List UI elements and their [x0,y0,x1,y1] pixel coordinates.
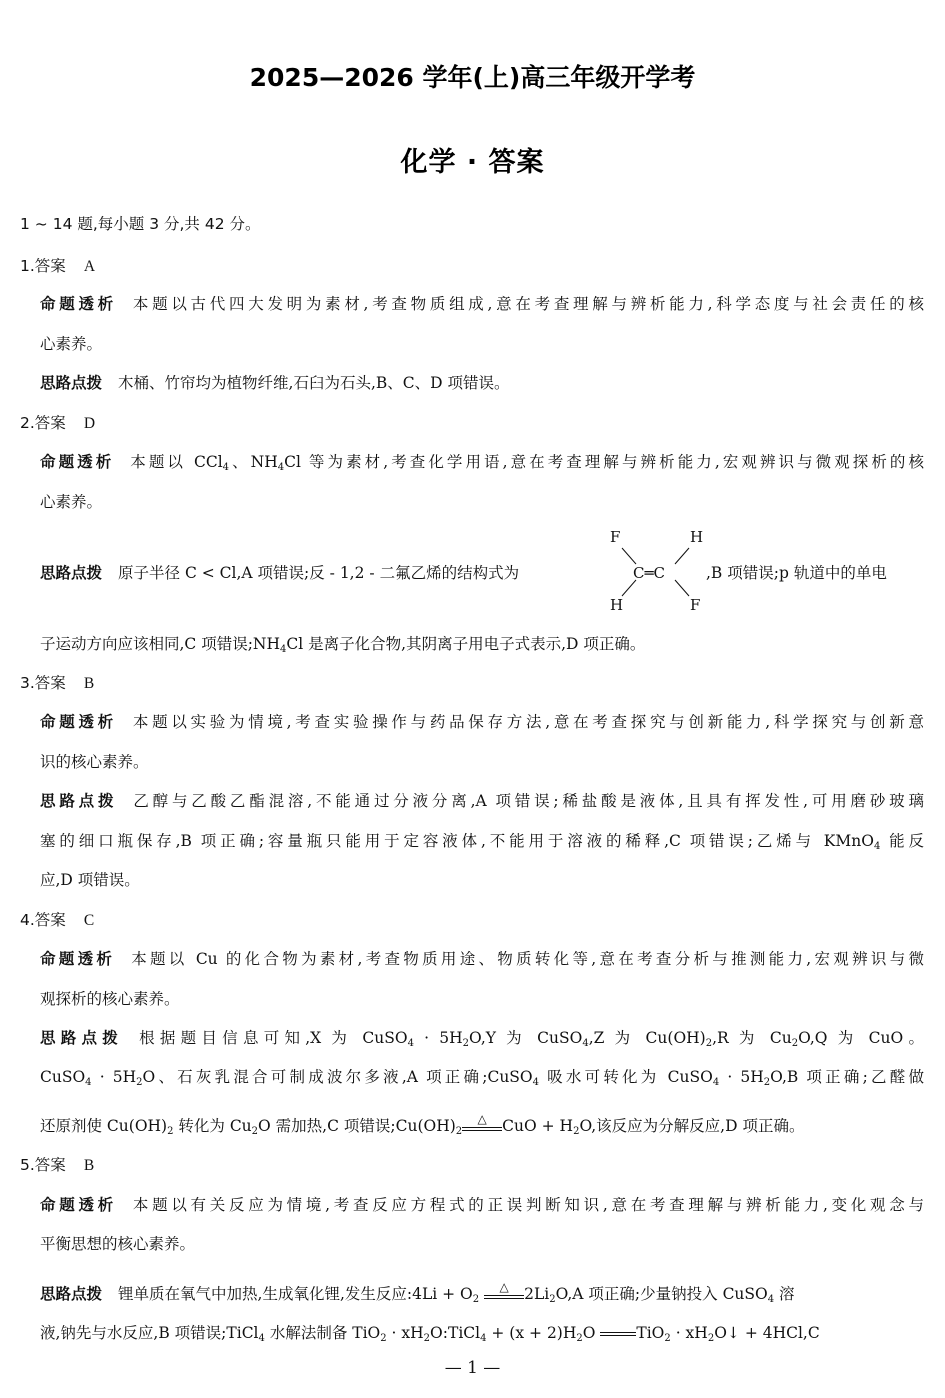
heating-equals-sign: △ [462,1123,502,1131]
question-4-analysis: 命题透析本题以 Cu 的化合物为素材,考查物质用途、物质转化等,意在考查分析与推… [40,949,924,969]
question-3-analysis-cont: 识的核心素养。 [40,752,149,772]
question-2-hint-cont: 子运动方向应该相同,C 项错误;NH4Cl 是离子化合物,其阴离子用电子式表示,… [40,634,645,654]
answer-value: B [84,1157,94,1174]
scoring-intro: 1 ~ 14 题,每小题 3 分,共 42 分。 [20,214,261,234]
difluoroethene-structure-diagram: F H C═C H F [600,528,715,618]
heat-delta-icon: △ [484,1277,524,1297]
question-2-answer-line: 2.答案D [20,413,95,434]
equals-sign [600,1332,636,1336]
question-4-analysis-cont: 观探析的核心素养。 [40,989,180,1009]
question-3-hint-cont-2: 应,D 项错误。 [40,870,140,890]
question-3-hint-cont: 塞的细口瓶保存,B 项正确;容量瓶只能用于定容液体,不能用于溶液的稀释,C 项错… [40,831,924,851]
answer-value: A [84,258,95,275]
question-4-hint-cont-2: 还原剂使 Cu(OH)2 转化为 Cu2O 需加热,C 项错误;Cu(OH)2△… [40,1116,804,1136]
answer-value: B [84,675,94,692]
answer-value: C [84,912,94,929]
answer-value: D [84,415,95,432]
question-3-hint: 思路点拨乙醇与乙酸乙酯混溶,不能通过分液分离,A 项错误;稀盐酸是液体,且具有挥… [40,791,924,811]
question-5-hint: 思路点拨锂单质在氧气中加热,生成氧化锂,发生反应:4Li + O2 △2Li2O… [40,1284,925,1304]
heating-equals-sign: △ [484,1291,524,1299]
question-5-analysis-cont: 平衡思想的核心素养。 [40,1234,195,1254]
document-subtitle: 化学 · 答案 [0,140,945,179]
page-number: — 1 — [0,1358,945,1378]
question-1-analysis: 命题透析本题以古代四大发明为素材,考查物质组成,意在考查理解与辨析能力,科学态度… [40,294,924,314]
question-1-analysis-cont: 心素养。 [40,334,102,354]
exam-title: 2025—2026 学年(上)高三年级开学考 [0,58,945,94]
heat-delta-icon: △ [462,1109,502,1129]
question-2-analysis-cont: 心素养。 [40,492,102,512]
question-2-analysis: 命题透析本题以 CCl4、NH4Cl 等为素材,考查化学用语,意在考查理解与辨析… [40,452,924,472]
question-4-hint-cont: CuSO4 · 5H2O、石灰乳混合可制成波尔多液,A 项正确;CuSO4 吸水… [40,1067,924,1087]
question-3-answer-line: 3.答案B [20,673,94,694]
question-1-answer-line: 1.答案A [20,256,95,277]
question-4-answer-line: 4.答案C [20,910,94,931]
question-4-hint: 思路点拨根据题目信息可知,X 为 CuSO4 · 5H2O,Y 为 CuSO4,… [40,1028,924,1048]
question-5-hint-cont: 液,钠先与水反应,B 项错误;TiCl4 水解法制备 TiO2 · xH2O:T… [40,1323,820,1343]
question-2-hint-after-diagram: ,B 项错误;p 轨道中的单电 [706,563,887,583]
question-3-analysis: 命题透析本题以实验为情境,考查实验操作与药品保存方法,意在考查探究与创新能力,科… [40,712,924,732]
question-5-analysis: 命题透析本题以有关反应为情境,考查反应方程式的正误判断知识,意在考查理解与辨析能… [40,1195,924,1215]
question-1-hint: 思路点拨木桶、竹帘均为植物纤维,石臼为石头,B、C、D 项错误。 [40,373,925,393]
question-5-answer-line: 5.答案B [20,1155,94,1176]
